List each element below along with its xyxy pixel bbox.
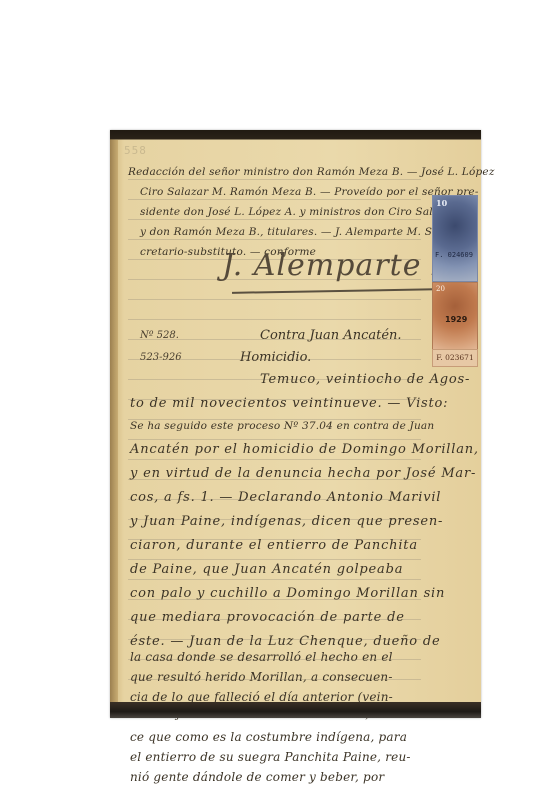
case-subtitle: Homicidio.	[240, 350, 311, 365]
folio-number: 558	[124, 144, 147, 157]
stamp-value: 10	[436, 198, 447, 208]
body-line: nió gente dándole de comer y beber, por	[130, 770, 384, 784]
page-bottom-edge	[110, 702, 481, 718]
header-line: Ciro Salazar M. Ramón Meza B. — Proveído…	[140, 186, 479, 198]
stamp-value: 20	[436, 285, 445, 293]
body-line: Ancatén por el homicidio de Domingo Mori…	[130, 442, 479, 457]
ledger-page-photo: 558 Redacción del señor ministro don Ram…	[110, 130, 481, 718]
case-number: Nº 528.	[140, 330, 179, 341]
body-line: ciaron, durante el entierro de Panchita	[130, 538, 418, 553]
revenue-stamp-blue: 10 F. 024609	[432, 195, 478, 282]
body-line: Se ha seguido este proceso Nº 37.04 en c…	[130, 420, 434, 432]
body-line: cos, a fs. 1. — Declarando Antonio Mariv…	[130, 490, 441, 505]
body-line: to de mil novecientos veintinueve. — Vis…	[130, 396, 448, 411]
book-gutter	[110, 140, 118, 702]
header-line: Redacción del señor ministro don Ramón M…	[128, 166, 495, 178]
body-line: que mediara provocación de parte de	[130, 610, 405, 625]
stamp-serial: F. 024609	[435, 251, 473, 259]
stamp-year: 1929	[445, 315, 467, 324]
case-title: Contra Juan Ancatén.	[260, 328, 402, 343]
stamp-serial-number: F. 023671	[432, 349, 478, 367]
body-line: con palo y cuchillo a Domingo Morillan s…	[130, 586, 445, 601]
header-line: sidente don José L. López A. y ministros…	[140, 206, 475, 218]
revenue-stamp-orange: 20 1929	[432, 282, 478, 350]
body-line: ce que como es la costumbre indígena, pa…	[130, 730, 407, 744]
header-line: y don Ramón Meza B., titulares. — J. Ale…	[140, 226, 442, 238]
body-line: y Juan Paine, indígenas, dicen que prese…	[130, 514, 443, 529]
body-line: la casa donde se desarrolló el hecho en …	[130, 650, 393, 664]
body-line: el entierro de su suegra Panchita Paine,…	[130, 750, 411, 764]
body-line: Temuco, veintiocho de Agos-	[260, 372, 470, 387]
case-reference: 523-926	[140, 352, 182, 363]
body-line: que resultó herido Morillan, a consecuen…	[130, 670, 393, 684]
body-line: de Paine, que Juan Ancatén golpeaba	[130, 562, 403, 577]
body-line: y en virtud de la denuncia hecha por Jos…	[130, 466, 476, 481]
body-line: éste. — Juan de la Luz Chenque, dueño de	[130, 634, 440, 649]
